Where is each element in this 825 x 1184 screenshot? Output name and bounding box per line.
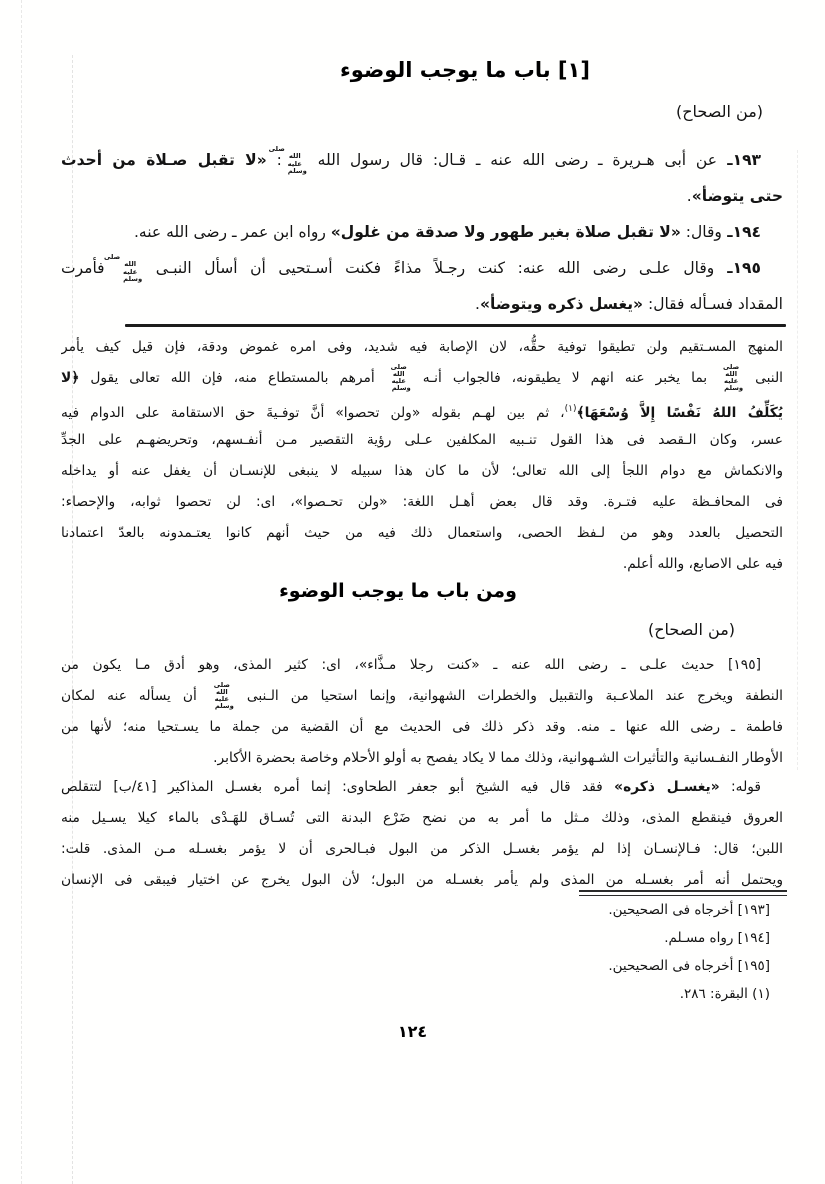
matn-commentary-divider <box>125 324 786 327</box>
text-line: الأوطار النفـسانية والتأثيرات الشـهوانية… <box>61 743 783 774</box>
hadith-193: ١٩٣ـ عن أبى هـريرة ـ رضى الله عنه ـ قـال… <box>61 142 783 214</box>
text-line: النبى صلى الله عليه وسلم بما يخبر عنه ان… <box>61 363 783 394</box>
source-label-2: (من الصحاح) <box>61 620 783 639</box>
source-label-1: (من الصحاح) <box>61 102 783 121</box>
text-line: قوله: «يغسـل ذكره» فقد قال فيه الشيخ أبو… <box>61 772 783 803</box>
pbuh-honorific-symbol: صلى الله عليه وسلم <box>118 254 142 283</box>
text-line: فاطمة ـ رضى الله عنها ـ منه. وقد ذكر ذلك… <box>61 712 783 743</box>
pbuh-honorific-symbol: صلى الله عليه وسلم <box>719 364 743 393</box>
text-line: المنهج المسـتقيم ولن تطيقوا توفية حقُّه،… <box>61 332 783 363</box>
text-line: يُكَلِّفُ اللهُ نَفْسًا إِلاَّ وُسْعَهَا… <box>61 394 783 425</box>
pbuh-honorific-symbol: صلى الله عليه وسلم <box>283 146 307 175</box>
text-line: عسر، وكان الـقصد فى هذا القول تنـبيه الم… <box>61 425 783 456</box>
text-line: ١٩٣ـ عن أبى هـريرة ـ رضى الله عنه ـ قـال… <box>61 142 783 178</box>
hadith-194: ١٩٤ـ وقال: «لا تقبل صلاة بغير طهور ولا ص… <box>61 214 783 250</box>
text-line: ١٩٤ـ وقال: «لا تقبل صلاة بغير طهور ولا ص… <box>61 214 783 250</box>
text-line: اللبن؛ قال: فـالإنسـان إذا لم يؤمر بغسـل… <box>61 834 783 865</box>
book-page: [١] باب ما يوجب الوضوء (من الصحاح) ١٩٣ـ … <box>0 0 825 1184</box>
footnote: [١٩٥] أخرجاه فى الصحيحين. <box>61 952 770 980</box>
pbuh-honorific-symbol: صلى الله عليه وسلم <box>387 364 411 393</box>
hadith-195: ١٩٥ـ وقال علـى رضى الله عنه: كنت رجـلاً … <box>61 250 783 322</box>
commentary-paragraph-1: المنهج المسـتقيم ولن تطيقوا توفية حقُّه،… <box>61 332 783 580</box>
footnotes-block: [١٩٣] أخرجاه فى الصحيحين. [١٩٤] رواه مسـ… <box>61 896 783 1008</box>
scan-artifact-line <box>21 0 22 1184</box>
text-line: فيه على الاصابع، والله أعلم. <box>61 549 783 580</box>
commentary-paragraph-3: قوله: «يغسـل ذكره» فقد قال فيه الشيخ أبو… <box>61 772 783 896</box>
footnote: (١) البقرة: ٢٨٦. <box>61 980 770 1008</box>
commentary-paragraph-2: [١٩٥] حديث علـى ـ رضى الله عنه ـ «كنت رج… <box>61 650 783 774</box>
text-line: فى المحافـظة عليه فتـرة. وقد قال بعض أهـ… <box>61 487 783 518</box>
page-number: ١٢٤ <box>0 1022 825 1041</box>
text-line: حتى يتوضأ». <box>61 178 783 214</box>
section-heading: ومن باب ما يوجب الوضوء <box>37 580 759 602</box>
text-line: النطفة ويخرج عند الملاعـبة والتقبيل والخ… <box>61 681 783 712</box>
matn-block: ١٩٣ـ عن أبى هـريرة ـ رضى الله عنه ـ قـال… <box>61 142 783 322</box>
text-line: والانكماش مع دوام اللجأ إلى الله تعالى؛ … <box>61 456 783 487</box>
scan-artifact-line <box>797 150 798 770</box>
text-line: ١٩٥ـ وقال علـى رضى الله عنه: كنت رجـلاً … <box>61 250 783 286</box>
footnote: [١٩٤] رواه مسـلم. <box>61 924 770 952</box>
chapter-heading: [١] باب ما يوجب الوضوء <box>104 58 825 82</box>
text-line: المقداد فسـأله فقال: «يغسل ذكره ويتوضأ». <box>61 286 783 322</box>
pbuh-honorific-symbol: صلى الله عليه وسلم <box>210 682 234 711</box>
text-line: [١٩٥] حديث علـى ـ رضى الله عنه ـ «كنت رج… <box>61 650 783 681</box>
text-line: التحصيل بالعدد وهو من لـفظ الحصى، واستعم… <box>61 518 783 549</box>
text-line: العروق فينقطع المذى، وذلك مـثل ما أمر به… <box>61 803 783 834</box>
footnote: [١٩٣] أخرجاه فى الصحيحين. <box>61 896 770 924</box>
